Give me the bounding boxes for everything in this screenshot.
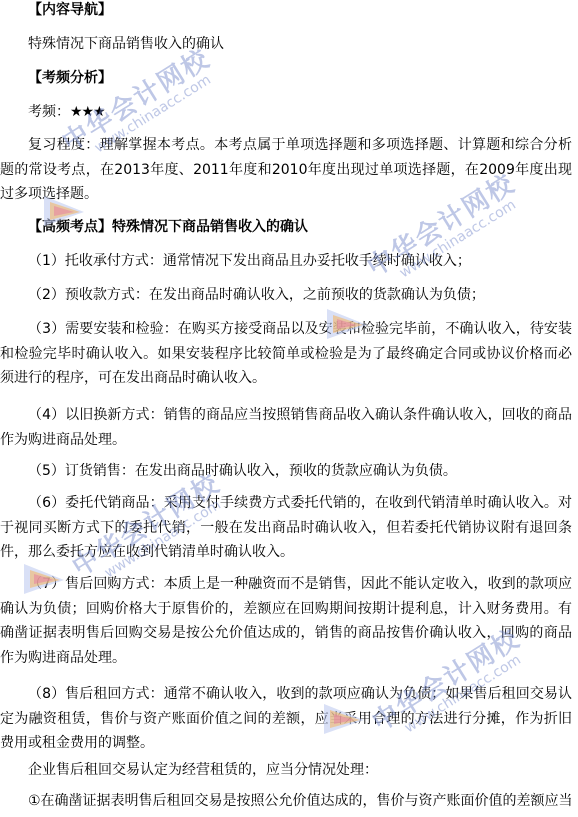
list-item-5: （5）订货销售：在发出商品时确认收入，预收的货款应确认为负债。 — [0, 459, 578, 483]
list-item-7: （7）售后回购方式：本质上是一种融资而不是销售，因此不能认定收入，收到的款项应确… — [0, 572, 572, 670]
list-item-2: （2）预收款方式：在发出商品时确认收入，之前预收的货款确认为负债； — [0, 283, 578, 307]
freq-label: 考频： — [28, 104, 70, 120]
tail-point-1: ①在确凿证据表明售后租回交易是按照公允价值达成的，售价与资产账面价值的差额应当 — [0, 789, 578, 813]
tail-intro: 企业售后租回交易认定为经营租赁的，应当分情况处理： — [0, 758, 578, 782]
list-item-3: （3）需要安装和检验：在购买方接受商品以及安装和检验完毕前，不确认收入，待安装和… — [0, 317, 572, 391]
freq-heading: 【考频分析】 — [0, 66, 578, 90]
freq-row: 考频：★★★ — [0, 100, 578, 124]
nav-heading: 【内容导航】 — [0, 0, 578, 22]
list-item-8: （8）售后租回方式：通常不确认收入，收到的款项应确认为负债；如果售后租回交易认定… — [0, 682, 572, 756]
review-paragraph: 复习程度：理解掌握本考点。本考点属于单项选择题和多项选择题、计算题和综合分析题的… — [0, 133, 572, 207]
list-item-1: （1）托收承付方式：通常情况下发出商品且办妥托收手续时确认收入； — [0, 249, 578, 273]
star-rating-icon: ★★★ — [70, 104, 105, 120]
nav-text: 特殊情况下商品销售收入的确认 — [0, 32, 578, 56]
list-item-4: （4）以旧换新方式：销售的商品应当按照销售商品收入确认条件确认收入，回收的商品作… — [0, 403, 572, 452]
list-item-6: （6）委托代销商品：采用支付手续费方式委托代销的，在收到代销清单时确认收入。对于… — [0, 491, 572, 565]
key-point-heading: 【高频考点】特殊情况下商品销售收入的确认 — [0, 215, 578, 239]
